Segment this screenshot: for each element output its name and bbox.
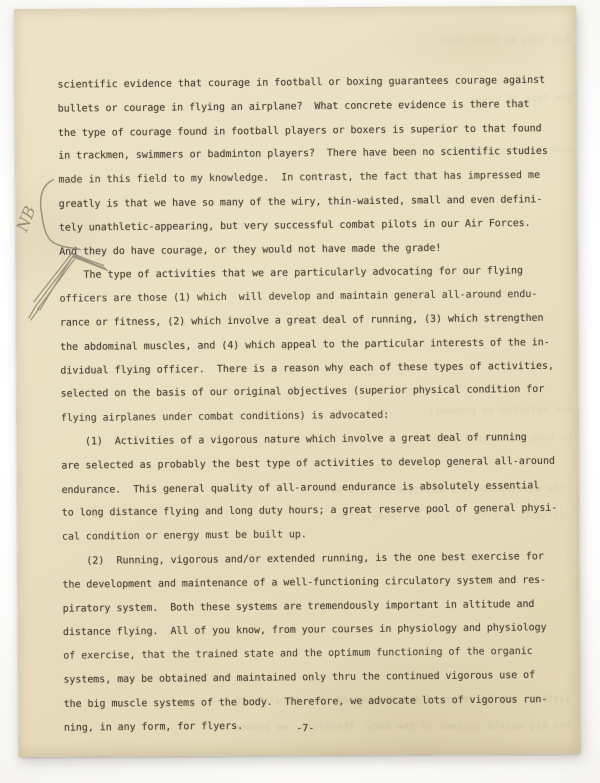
typed-line: the abdominal muscles, and (4) which app… [60, 331, 560, 360]
typed-line: flying airplanes under combat conditions… [61, 402, 561, 431]
typed-line: (2) Running, vigorous and/or extended ru… [62, 545, 562, 574]
typed-line: greatly is that we have so many of the w… [59, 188, 559, 217]
typed-line: the big muscle systems of the body. Ther… [64, 688, 564, 717]
margin-note-nb: NB [14, 203, 40, 235]
bleedthrough-text: And they do have courage, or they would … [440, 35, 570, 47]
typed-line: endurance. This general quality of all-a… [61, 474, 561, 503]
typed-line: officers are those (1) which will develo… [60, 283, 560, 312]
document-page: And they do have courage, or they would … [14, 6, 581, 757]
typed-line: of exercise, that the trained state and … [63, 640, 563, 669]
typed-line: the type of courage found in football pl… [58, 117, 558, 146]
typed-text-block: scientific evidence that courage in foot… [57, 69, 564, 740]
scan-background: And they do have courage, or they would … [0, 0, 600, 783]
